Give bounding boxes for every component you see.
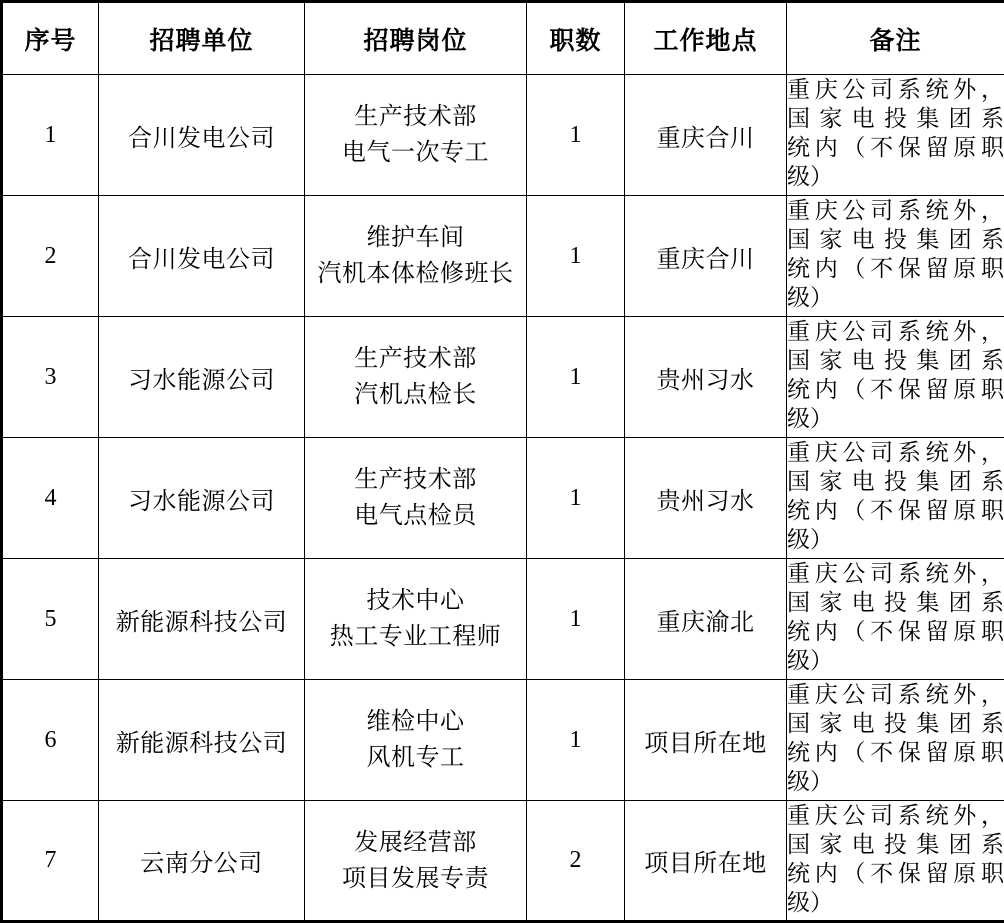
column-header-no: 序号 [2,2,99,75]
remark-line: 级） [787,888,1004,917]
cell-no: 5 [2,559,99,680]
remark-line: 重庆公司系统外， [787,317,1004,346]
cell-unit: 新能源科技公司 [99,559,305,680]
column-header-count: 职数 [527,2,625,75]
cell-remark: 重庆公司系统外， 国家电投集团系 统内（不保留原职 级） [787,438,1004,559]
cell-location: 贵州习水 [625,317,787,438]
remark-line: 国家电投集团系 [787,588,1004,617]
cell-location: 重庆合川 [625,196,787,317]
cell-count: 1 [527,317,625,438]
cell-position: 生产技术部 电气一次专工 [305,75,527,196]
cell-location: 项目所在地 [625,680,787,801]
column-header-position: 招聘岗位 [305,2,527,75]
cell-remark: 重庆公司系统外， 国家电投集团系 统内（不保留原职 级） [787,75,1004,196]
remark-line: 级） [787,283,1004,312]
remark-line: 级） [787,646,1004,675]
cell-count: 1 [527,559,625,680]
remark-line: 重庆公司系统外， [787,196,1004,225]
cell-no: 4 [2,438,99,559]
table-row: 2 合川发电公司 维护车间 汽机本体检修班长 1 重庆合川 重庆公司系统外， 国… [2,196,1004,317]
remark-line: 重庆公司系统外， [787,801,1004,830]
table-row: 7 云南分公司 发展经营部 项目发展专责 2 项目所在地 重庆公司系统外， 国家… [2,801,1004,922]
cell-no: 2 [2,196,99,317]
cell-remark: 重庆公司系统外， 国家电投集团系 统内（不保留原职 级） [787,317,1004,438]
remark-line: 级） [787,525,1004,554]
column-header-remark: 备注 [787,2,1004,75]
cell-unit: 新能源科技公司 [99,680,305,801]
cell-position: 技术中心 热工专业工程师 [305,559,527,680]
remark-line: 重庆公司系统外， [787,559,1004,588]
remark-line: 国家电投集团系 [787,709,1004,738]
header-row: 序号 招聘单位 招聘岗位 职数 工作地点 备注 [2,2,1004,75]
cell-count: 1 [527,680,625,801]
cell-position: 发展经营部 项目发展专责 [305,801,527,922]
table-row: 5 新能源科技公司 技术中心 热工专业工程师 1 重庆渝北 重庆公司系统外， 国… [2,559,1004,680]
cell-unit: 习水能源公司 [99,317,305,438]
cell-count: 1 [527,75,625,196]
cell-position: 生产技术部 电气点检员 [305,438,527,559]
remark-line: 统内（不保留原职 [787,133,1004,162]
remark-line: 重庆公司系统外， [787,680,1004,709]
cell-position: 维检中心 风机专工 [305,680,527,801]
table-row: 3 习水能源公司 生产技术部 汽机点检长 1 贵州习水 重庆公司系统外， 国家电… [2,317,1004,438]
column-header-unit: 招聘单位 [99,2,305,75]
recruitment-table: 序号 招聘单位 招聘岗位 职数 工作地点 备注 1 合川发电公司 生产技术部 电… [0,0,1004,923]
cell-location: 重庆合川 [625,75,787,196]
remark-line: 级） [787,162,1004,191]
remark-line: 重庆公司系统外， [787,438,1004,467]
cell-count: 1 [527,196,625,317]
table-row: 1 合川发电公司 生产技术部 电气一次专工 1 重庆合川 重庆公司系统外， 国家… [2,75,1004,196]
cell-unit: 习水能源公司 [99,438,305,559]
column-header-location: 工作地点 [625,2,787,75]
remark-line: 统内（不保留原职 [787,859,1004,888]
remark-line: 国家电投集团系 [787,104,1004,133]
remark-line: 重庆公司系统外， [787,75,1004,104]
remark-line: 统内（不保留原职 [787,254,1004,283]
remark-line: 统内（不保留原职 [787,375,1004,404]
cell-position: 生产技术部 汽机点检长 [305,317,527,438]
cell-remark: 重庆公司系统外， 国家电投集团系 统内（不保留原职 级） [787,680,1004,801]
cell-location: 项目所在地 [625,801,787,922]
cell-count: 1 [527,438,625,559]
remark-line: 统内（不保留原职 [787,738,1004,767]
cell-remark: 重庆公司系统外， 国家电投集团系 统内（不保留原职 级） [787,559,1004,680]
cell-unit: 合川发电公司 [99,196,305,317]
remark-line: 国家电投集团系 [787,225,1004,254]
remark-line: 国家电投集团系 [787,830,1004,859]
remark-line: 级） [787,404,1004,433]
remark-line: 级） [787,767,1004,796]
table-row: 6 新能源科技公司 维检中心 风机专工 1 项目所在地 重庆公司系统外， 国家电… [2,680,1004,801]
cell-no: 6 [2,680,99,801]
cell-location: 重庆渝北 [625,559,787,680]
table-row: 4 习水能源公司 生产技术部 电气点检员 1 贵州习水 重庆公司系统外， 国家电… [2,438,1004,559]
cell-no: 1 [2,75,99,196]
cell-unit: 合川发电公司 [99,75,305,196]
cell-remark: 重庆公司系统外， 国家电投集团系 统内（不保留原职 级） [787,801,1004,922]
cell-no: 7 [2,801,99,922]
cell-remark: 重庆公司系统外， 国家电投集团系 统内（不保留原职 级） [787,196,1004,317]
cell-unit: 云南分公司 [99,801,305,922]
cell-count: 2 [527,801,625,922]
cell-location: 贵州习水 [625,438,787,559]
cell-no: 3 [2,317,99,438]
cell-position: 维护车间 汽机本体检修班长 [305,196,527,317]
remark-line: 统内（不保留原职 [787,617,1004,646]
remark-line: 国家电投集团系 [787,467,1004,496]
remark-line: 统内（不保留原职 [787,496,1004,525]
remark-line: 国家电投集团系 [787,346,1004,375]
